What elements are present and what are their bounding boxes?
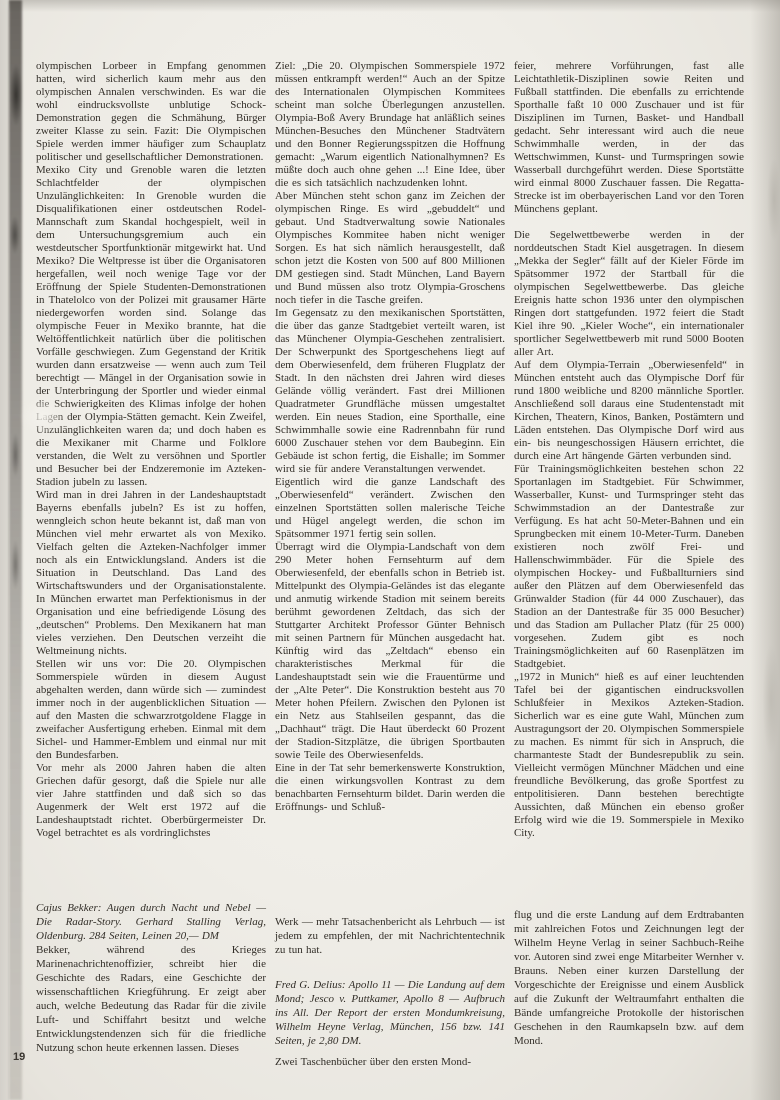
- review-text-radar: Bekker, während des Krieges Marinenachri…: [36, 943, 266, 1055]
- article-paragraph: Stellen wir uns vor: Die 20. Olympischen…: [36, 658, 266, 762]
- article-paragraph: Eine in der Tat sehr bemerkenswerte Kons…: [275, 762, 505, 814]
- review-text-apollo: Zwei Taschenbücher über den ersten Mond-: [275, 1055, 505, 1069]
- scan-edge-left: [0, 0, 9, 1100]
- book-reviews: Cajus Bekker: Augen durch Nacht und Nebe…: [36, 901, 745, 1069]
- article-paragraph: Aber München steht schon ganz im Zeichen…: [275, 190, 505, 307]
- article-column-2: Ziel: „Die 20. Olympischen Sommerspiele …: [275, 60, 505, 884]
- article-paragraph: Mexiko City und Grenoble waren die letzt…: [36, 164, 266, 489]
- article-paragraph: feier, mehrere Vorführungen, fast alle L…: [514, 60, 744, 216]
- article-paragraph: Im Gegensatz zu den mexikanischen Sports…: [275, 307, 505, 476]
- scan-edge-right: [750, 0, 780, 1100]
- article-paragraph: Eigentlich wird die ganze Landschaft des…: [275, 476, 505, 541]
- binding-spine-shadow: [9, 0, 22, 1100]
- review-citation-apollo: Fred G. Delius: Apollo 11 — Die Landung …: [275, 978, 505, 1048]
- article-paragraph: „1972 in Munich“ hieß es auf einer leuch…: [514, 671, 744, 840]
- article-paragraph: Für Trainingsmöglichkeiten bestehen scho…: [514, 463, 744, 671]
- article-paragraph: Vor mehr als 2000 Jahren haben die alten…: [36, 762, 266, 840]
- article-paragraph: Die Segelwettbewerbe werden in der nordd…: [514, 229, 744, 359]
- article-paragraph: Überragt wird die Olympia-Landschaft von…: [275, 541, 505, 762]
- article-paragraph: olympischen Lorbeer in Empfang genommen …: [36, 60, 266, 164]
- article-paragraph: Auf dem Olympia-Terrain „Oberwiesenfeld“…: [514, 359, 744, 463]
- article-column-3: feier, mehrere Vorführungen, fast alle L…: [514, 60, 744, 884]
- review-text-apollo-continued: flug und die erste Landung auf dem Erdtr…: [514, 908, 744, 1048]
- review-column-2: Werk — mehr Tatsachenbericht als Lehrbuc…: [275, 901, 505, 1069]
- scanned-magazine-page: olympischen Lorbeer in Empfang genommen …: [0, 0, 780, 1100]
- page-number: 19: [13, 1051, 25, 1063]
- article-body: olympischen Lorbeer in Empfang genommen …: [36, 60, 745, 884]
- article-paragraph: Ziel: „Die 20. Olympischen Sommerspiele …: [275, 60, 505, 190]
- article-column-1: olympischen Lorbeer in Empfang genommen …: [36, 60, 266, 884]
- review-citation-radar: Cajus Bekker: Augen durch Nacht und Nebe…: [36, 901, 266, 943]
- review-column-1: Cajus Bekker: Augen durch Nacht und Nebe…: [36, 901, 266, 1069]
- review-column-3: flug und die erste Landung auf dem Erdtr…: [514, 901, 744, 1069]
- article-paragraph: Wird man in drei Jahren in der Landeshau…: [36, 489, 266, 658]
- review-text-radar-continued: Werk — mehr Tatsachenbericht als Lehrbuc…: [275, 915, 505, 957]
